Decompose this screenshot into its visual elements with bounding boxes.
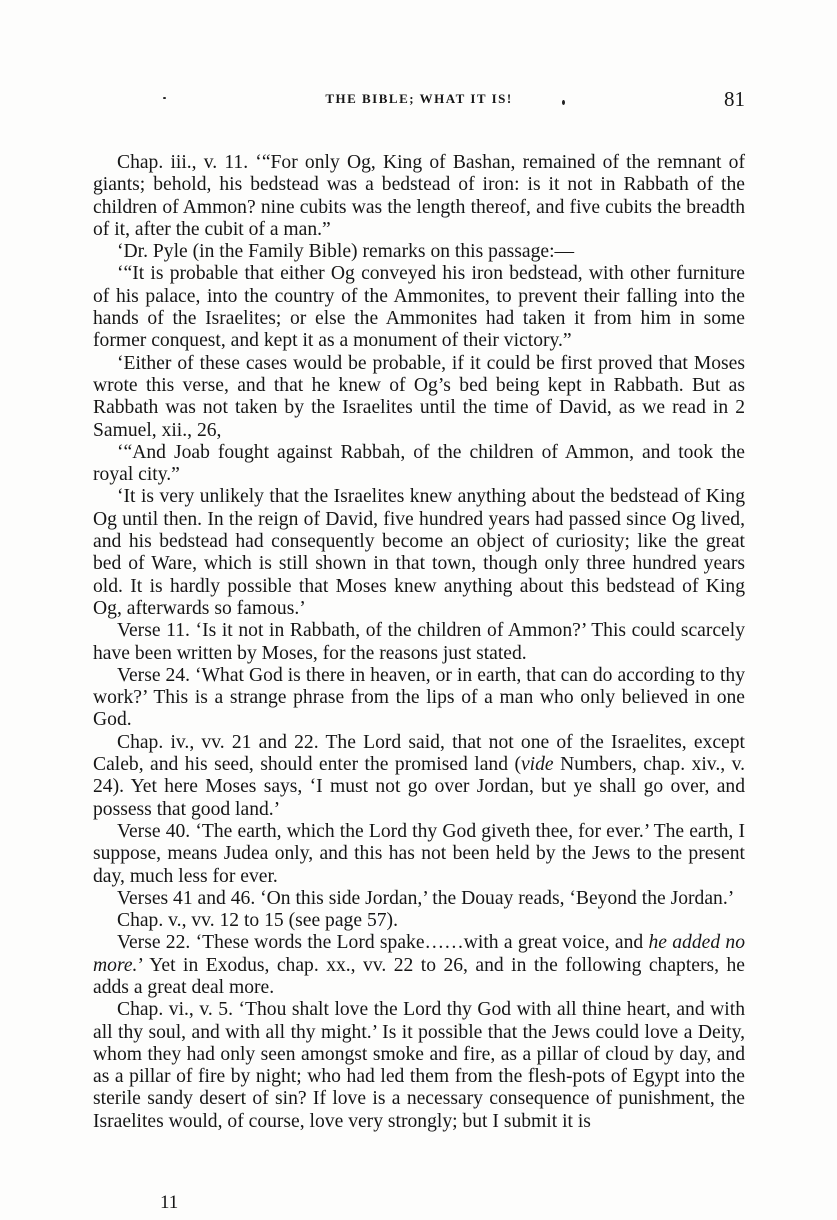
paragraph: ‘Dr. Pyle (in the Family Bible) remarks … bbox=[93, 241, 745, 263]
body-text: Chap. iii., v. 11. ‘“For only Og, King o… bbox=[93, 152, 745, 1133]
paragraph: Chap. iii., v. 11. ‘“For only Og, King o… bbox=[93, 152, 745, 241]
paragraph: ‘“It is probable that either Og conveyed… bbox=[93, 263, 745, 352]
paragraph: Chap. iv., vv. 21 and 22. The Lord said,… bbox=[93, 732, 745, 821]
signature-mark: 11 bbox=[160, 1192, 178, 1214]
paragraph: Verse 40. ‘The earth, which the Lord thy… bbox=[93, 821, 745, 888]
paragraph: ‘It is very unlikely that the Israelites… bbox=[93, 486, 745, 620]
paragraph: Verse 24. ‘What God is there in heaven, … bbox=[93, 665, 745, 732]
paragraph: Chap. vi., v. 5. ‘Thou shalt love the Lo… bbox=[93, 999, 745, 1133]
paragraph: Chap. v., vv. 12 to 15 (see page 57). bbox=[93, 910, 745, 932]
book-page: THE BIBLE; WHAT IT IS! 81 Chap. iii., v.… bbox=[0, 0, 837, 1220]
italic-text: vide bbox=[521, 754, 554, 775]
paragraph: ‘Either of these cases would be probable… bbox=[93, 353, 745, 442]
running-head: THE BIBLE; WHAT IT IS! 81 bbox=[93, 87, 745, 113]
page-number: 81 bbox=[724, 87, 745, 112]
paragraph: Verse 22. ‘These words the Lord spake……w… bbox=[93, 932, 745, 999]
paragraph: ‘“And Joab fought against Rabbah, of the… bbox=[93, 442, 745, 487]
paragraph-text: Verse 22. ‘These words the Lord spake……w… bbox=[117, 932, 648, 953]
running-title: THE BIBLE; WHAT IT IS! bbox=[93, 91, 745, 107]
paragraph: Verse 11. ‘Is it not in Rabbath, of the … bbox=[93, 620, 745, 665]
paragraph-text: ’ Yet in Exodus, chap. xx., vv. 22 to 26… bbox=[93, 955, 745, 998]
paragraph: Verses 41 and 46. ‘On this side Jordan,’… bbox=[93, 888, 745, 910]
